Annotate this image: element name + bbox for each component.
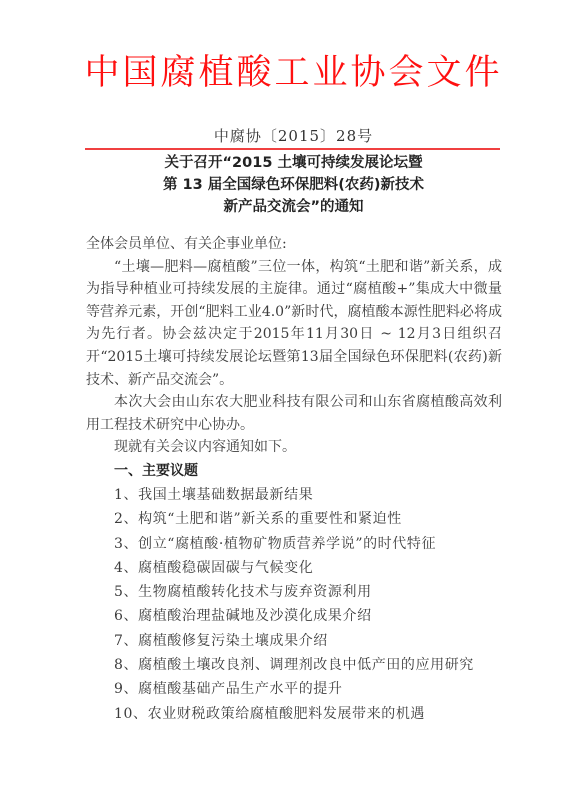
- topic-item: 1、我国土壤基础数据最新结果: [114, 483, 502, 507]
- topic-item: 6、腐植酸治理盐碱地及沙漠化成果介绍: [114, 604, 502, 628]
- topic-item: 5、生物腐植酸转化技术与废弃资源利用: [114, 580, 502, 604]
- subject-line: 新产品交流会”的通知: [0, 196, 587, 218]
- red-header-rule: [85, 148, 500, 150]
- notice-body: 全体会员单位、有关企事业单位: “土壤—肥料—腐植酸”三位一体，构筑“土肥和谐”…: [86, 233, 502, 726]
- subject-line: 关于召开“2015 土壤可持续发展论坛暨: [0, 152, 587, 174]
- document-page: 中国腐植酸工业协会文件 中腐协〔2015〕28号 关于召开“2015 土壤可持续…: [0, 0, 587, 796]
- topic-item: 7、腐植酸修复污染土壤成果介绍: [114, 629, 502, 653]
- topic-item: 2、构筑“土肥和谐”新关系的重要性和紧迫性: [114, 507, 502, 531]
- topic-item: 10、农业财税政策给腐植酸肥料发展带来的机遇: [114, 702, 502, 726]
- topic-item: 9、腐植酸基础产品生产水平的提升: [114, 677, 502, 701]
- body-paragraph: 现就有关会议内容通知如下。: [86, 436, 502, 459]
- subject-line: 第 13 届全国绿色环保肥料(农药)新技术: [0, 174, 587, 196]
- topic-list: 1、我国土壤基础数据最新结果 2、构筑“土肥和谐”新关系的重要性和紧迫性 3、创…: [86, 483, 502, 726]
- document-header-title: 中国腐植酸工业协会文件: [0, 52, 587, 94]
- notice-subject: 关于召开“2015 土壤可持续发展论坛暨 第 13 届全国绿色环保肥料(农药)新…: [0, 152, 587, 218]
- document-number: 中腐协〔2015〕28号: [0, 126, 587, 146]
- salutation: 全体会员单位、有关企事业单位:: [86, 233, 502, 256]
- topic-item: 8、腐植酸土壤改良剂、调理剂改良中低产田的应用研究: [114, 653, 502, 677]
- topic-item: 4、腐植酸稳碳固碳与气候变化: [114, 556, 502, 580]
- body-paragraph: “土壤—肥料—腐植酸”三位一体，构筑“土肥和谐”新关系，成为指导种植业可持续发展…: [86, 256, 502, 392]
- topic-item: 3、创立“腐植酸·植物矿物质营养学说”的时代特征: [114, 532, 502, 556]
- section-heading: 一、主要议题: [86, 459, 502, 483]
- body-paragraph: 本次大会由山东农大肥业科技有限公司和山东省腐植酸高效利用工程技术研究中心协办。: [86, 391, 502, 436]
